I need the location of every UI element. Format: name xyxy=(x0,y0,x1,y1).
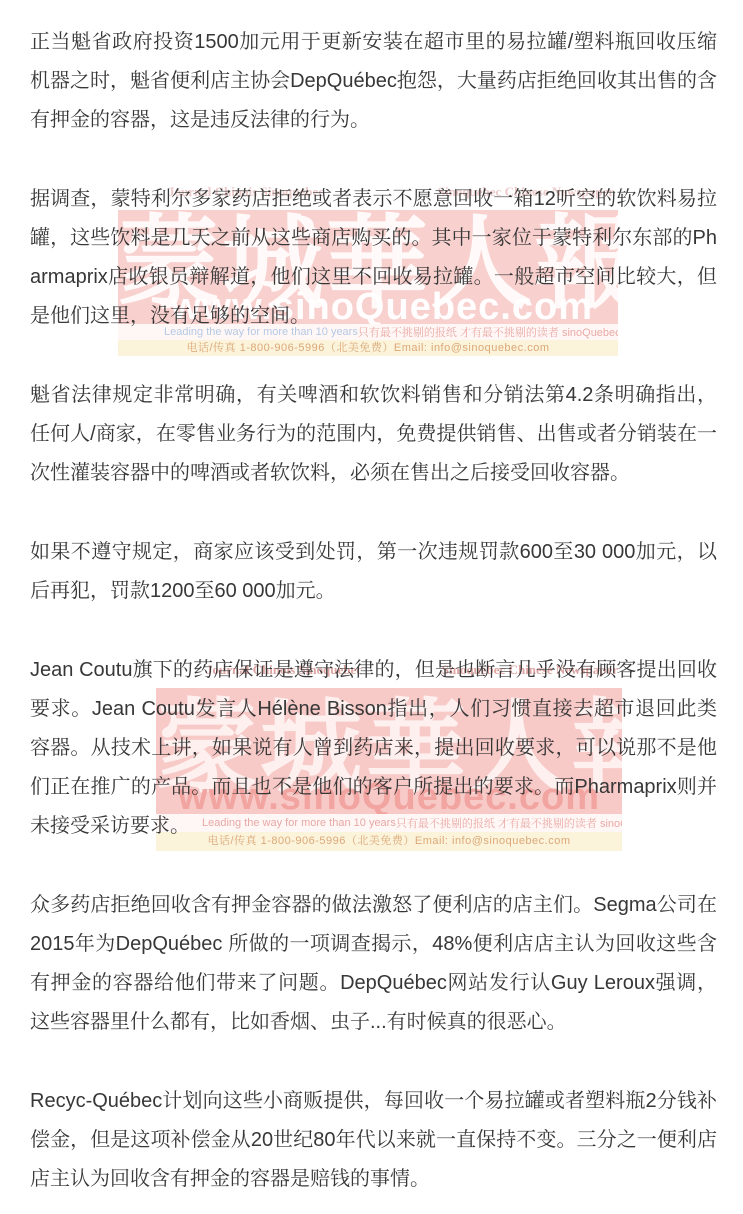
paragraph-survey: 据调查，蒙特利尔多家药店拒绝或者表示不愿意回收一箱12听空的软饮料易拉罐，这些饮… xyxy=(30,180,717,336)
article-page: Journal Chinois Sinoquebec Sinoquebec Ch… xyxy=(0,0,743,1214)
paragraph-law: 魁省法律规定非常明确，有关啤酒和软饮料销售和分销法第4.2条明确指出，任何人/商… xyxy=(30,376,717,493)
paragraph-jean-coutu: Jean Coutu旗下的药店保证是遵守法律的，但是也断言几乎没有顾客提出回收要… xyxy=(30,651,717,846)
paragraph-intro: 正当魁省政府投资1500加元用于更新安装在超市里的易拉罐/塑料瓶回收压缩机器之时… xyxy=(30,23,717,140)
paragraph-segma: 众多药店拒绝回收含有押金容器的做法激怒了便利店的店主们。Segma公司在2015… xyxy=(30,886,717,1042)
article-body: 正当魁省政府投资1500加元用于更新安装在超市里的易拉罐/塑料瓶回收压缩机器之时… xyxy=(0,0,743,1199)
paragraph-fines: 如果不遵守规定，商家应该受到处罚，第一次违规罚款600至30 000加元，以后再… xyxy=(30,533,717,611)
paragraph-recyc-quebec: Recyc-Québec计划向这些小商贩提供，每回收一个易拉罐或者塑料瓶2分钱补… xyxy=(30,1082,717,1199)
